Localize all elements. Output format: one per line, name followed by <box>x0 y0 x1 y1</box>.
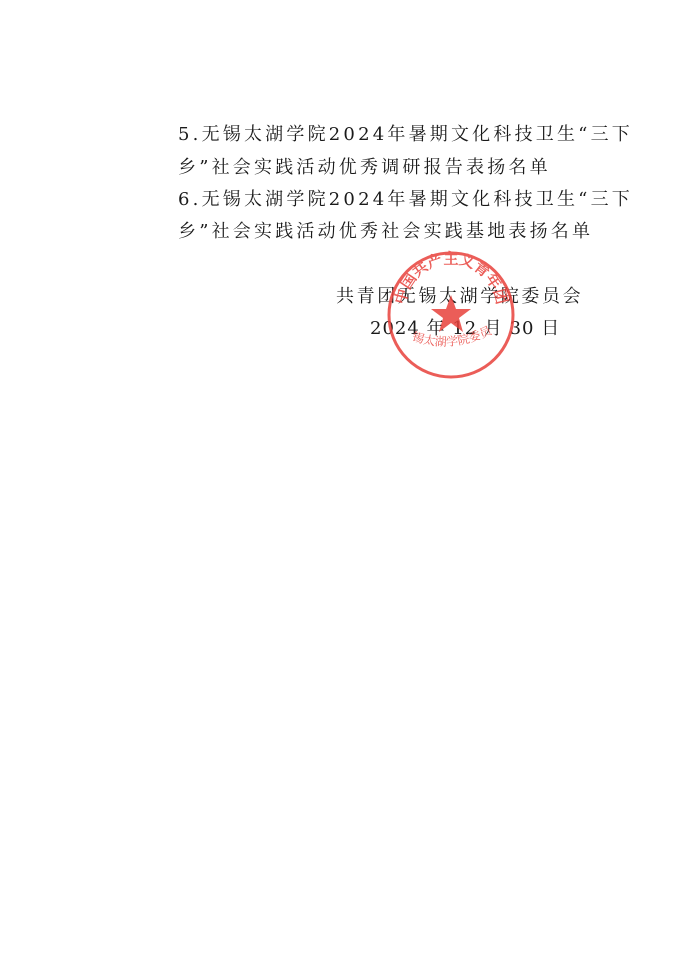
list-item-5-line2: 乡”社会实践活动优秀调研报告表扬名单 <box>178 157 551 179</box>
list-item-6-line1: 6.无锡太湖学院2024年暑期文化科技卫生“三下 <box>178 189 633 211</box>
list-item-5-line1: 5.无锡太湖学院2024年暑期文化科技卫生“三下 <box>178 124 633 146</box>
list-item-6-line2: 乡”社会实践活动优秀社会实践基地表扬名单 <box>178 221 593 243</box>
official-seal-icon: 中国共产主义青年团 无锡太湖学院委员会 <box>385 249 517 381</box>
star-icon <box>431 295 471 332</box>
